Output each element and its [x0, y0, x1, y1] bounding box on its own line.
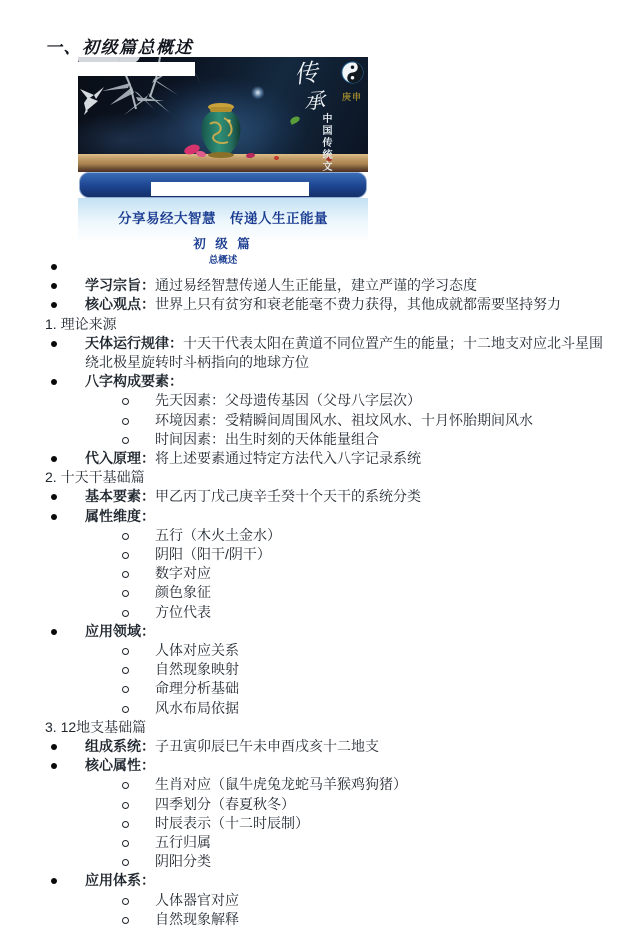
item-text: 颜色象征: [155, 584, 211, 600]
outline-item: 核心观点：世界上只有贫穷和衰老能毫不费力获得，其他成就都需要坚持努力: [45, 295, 607, 314]
item-text: 人体器官对应: [155, 892, 239, 908]
bullet-marker: [51, 744, 57, 750]
outline-item: 八字构成要素：: [45, 372, 607, 391]
circle-marker: [122, 590, 129, 597]
calligraphy-chuancheng: 传 承: [294, 61, 328, 112]
circle-marker: [122, 917, 129, 924]
item-label: 组成系统：: [85, 738, 155, 754]
item-label: 代入原理：: [85, 450, 155, 466]
outline-item: 应用领域：: [45, 622, 607, 641]
item-text: 世界上只有贫穷和衰老能毫不费力获得，其他成就都需要坚持努力: [155, 296, 561, 312]
outline-item: 组成系统：子丑寅卯辰巳午未申酉戌亥十二地支: [45, 737, 607, 756]
outline-item: 生肖对应（鼠牛虎兔龙蛇马羊猴鸡狗猪）: [45, 775, 607, 794]
item-label: 属性维度：: [85, 508, 155, 524]
outline-item: 方位代表: [45, 603, 607, 622]
outline-item: 天体运行规律：十天干代表太阳在黄道不同位置产生的能量；十二地支对应北斗星围绕北极…: [45, 334, 607, 372]
circle-marker: [122, 859, 129, 866]
slogan-text: 分享易经大智慧 传递人生正能量: [78, 207, 368, 227]
item-text: 五行（木火土金水）: [155, 527, 281, 543]
outline-item: 时辰表示（十二时辰制）: [45, 814, 607, 833]
outline-item: 3. 12地支基础篇: [45, 718, 607, 737]
bird-icon: [78, 83, 106, 120]
outline-list: 学习宗旨：通过易经智慧传递人生正能量，建立严谨的学习态度 核心观点：世界上只有贫…: [45, 257, 607, 929]
outline-item: 2. 十天干基础篇: [45, 468, 607, 487]
item-text: 通过易经智慧传递人生正能量，建立严谨的学习态度: [155, 277, 477, 293]
outline-item: 四季划分（春夏秋冬）: [45, 795, 607, 814]
bullet-marker: [51, 341, 57, 347]
item-text: 命理分析基础: [155, 680, 239, 696]
item-text: 2. 十天干基础篇: [45, 469, 145, 485]
circle-marker: [122, 840, 129, 847]
circle-marker: [122, 821, 129, 828]
outline-item: 风水布局依据: [45, 699, 607, 718]
item-label: 学习宗旨：: [85, 277, 155, 293]
seal-text: 庚申: [342, 90, 362, 103]
item-text: 时辰表示（十二时辰制）: [155, 815, 309, 831]
item-label: 八字构成要素：: [85, 373, 183, 389]
item-text: 3. 12地支基础篇: [45, 719, 146, 735]
yinyang-icon: [341, 61, 364, 89]
banner-caption: 分享易经大智慧 传递人生正能量 初 级 篇 总概述: [78, 198, 368, 258]
outline-item: 应用体系：: [45, 871, 607, 890]
item-text: 阴阳分类: [155, 853, 211, 869]
item-text: 阴阳（阳干/阴干）: [155, 546, 271, 562]
outline-item: 五行（木火土金水）: [45, 526, 607, 545]
outline-item: 先天因素：父母遗传基因（父母八字层次）: [45, 391, 607, 410]
bullet-marker: [51, 878, 57, 884]
circle-marker: [122, 898, 129, 905]
item-label: 基本要素：: [85, 488, 155, 504]
outline-item: 代入原理：将上述要素通过特定方法代入八字记录系统: [45, 449, 607, 468]
item-text: 五行归属: [155, 834, 211, 850]
bullet-marker: [51, 302, 57, 308]
bullet-marker: [51, 629, 57, 635]
flower-petal: [274, 156, 279, 160]
bullet-marker: [51, 283, 57, 289]
vertical-brand-text: 中国传统文化: [318, 113, 333, 172]
bullet-marker: [51, 763, 57, 769]
circle-marker: [122, 706, 129, 713]
item-text: 将上述要素通过特定方法代入八字记录系统: [155, 450, 421, 466]
outline-item: 人体器官对应: [45, 891, 607, 910]
circle-marker: [122, 667, 129, 674]
item-text: 时间因素：出生时刻的天体能量组合: [155, 431, 379, 447]
circle-marker: [122, 610, 129, 617]
circle-marker: [122, 552, 129, 559]
item-text: 风水布局依据: [155, 700, 239, 716]
redacted-bar-text: [151, 182, 309, 196]
outline-item: [45, 257, 607, 276]
outline-item: 五行归属: [45, 833, 607, 852]
item-label: 核心属性：: [85, 757, 155, 773]
bullet-marker: [51, 456, 57, 462]
page-title: 一、初级篇总概述: [45, 33, 193, 58]
banner-photo: 传 承 中国传统文化 庚申: [78, 57, 368, 172]
outline-item: 核心属性：: [45, 756, 607, 775]
circle-marker: [122, 686, 129, 693]
document-page: { "doc": { "title": "一、初级篇总概述" }, "banne…: [0, 0, 628, 948]
outline-item: 数字对应: [45, 564, 607, 583]
outline-item: 阴阳（阳干/阴干）: [45, 545, 607, 564]
outline-item: 基本要素：甲乙丙丁戊己庚辛壬癸十个天干的系统分类: [45, 487, 607, 506]
item-label: 应用体系：: [85, 872, 155, 888]
banner-image: 传 承 中国传统文化 庚申 分享易经大智慧 传递人生正能量 初 级 篇 总概述: [78, 57, 368, 258]
outline-item: 阴阳分类: [45, 852, 607, 871]
item-label: 核心观点：: [85, 296, 155, 312]
circle-marker: [122, 398, 129, 405]
outline-item: 1. 理论来源: [45, 315, 607, 334]
item-text: 1. 理论来源: [45, 316, 117, 332]
circle-marker: [122, 437, 129, 444]
outline-item: 命理分析基础: [45, 679, 607, 698]
bullet-marker: [51, 379, 57, 385]
item-text: 甲乙丙丁戊己庚辛壬癸十个天干的系统分类: [155, 488, 421, 504]
item-label: 天体运行规律：: [85, 335, 183, 351]
item-text: 人体对应关系: [155, 642, 239, 658]
circle-marker: [122, 533, 129, 540]
item-text: 自然现象映射: [155, 661, 239, 677]
outline-item: 环境因素：受精瞬间周围风水、祖坟风水、十月怀胎期间风水: [45, 411, 607, 430]
bullet-marker: [51, 514, 57, 520]
outline-item: 时间因素：出生时刻的天体能量组合: [45, 430, 607, 449]
outline-item: 属性维度：: [45, 507, 607, 526]
bullet-marker: [51, 494, 57, 500]
outline-item: 自然现象映射: [45, 660, 607, 679]
bullet-marker: [51, 264, 57, 270]
item-text: 生肖对应（鼠牛虎兔龙蛇马羊猴鸡狗猪）: [155, 776, 407, 792]
outline-item: 学习宗旨：通过易经智慧传递人生正能量，建立严谨的学习态度: [45, 276, 607, 295]
series-title: 初 级 篇: [78, 234, 368, 252]
item-label: 应用领域：: [85, 623, 155, 639]
redacted-text-block: [78, 62, 195, 76]
item-text: 子丑寅卯辰巳午未申酉戌亥十二地支: [155, 738, 379, 754]
circle-marker: [122, 802, 129, 809]
circle-marker: [122, 782, 129, 789]
item-text: 方位代表: [155, 604, 211, 620]
blue-title-bar: [79, 172, 367, 198]
item-text: 先天因素：父母遗传基因（父母八字层次）: [155, 392, 421, 408]
circle-marker: [122, 571, 129, 578]
circle-marker: [122, 648, 129, 655]
item-text: 数字对应: [155, 565, 211, 581]
item-text: 四季划分（春夏秋冬）: [155, 796, 295, 812]
item-text: 环境因素：受精瞬间周围风水、祖坟风水、十月怀胎期间风水: [155, 412, 533, 428]
outline-item: 自然现象解释: [45, 910, 607, 929]
item-text: 自然现象解释: [155, 911, 239, 927]
outline-item: 颜色象征: [45, 583, 607, 602]
circle-marker: [122, 418, 129, 425]
outline-item: 人体对应关系: [45, 641, 607, 660]
